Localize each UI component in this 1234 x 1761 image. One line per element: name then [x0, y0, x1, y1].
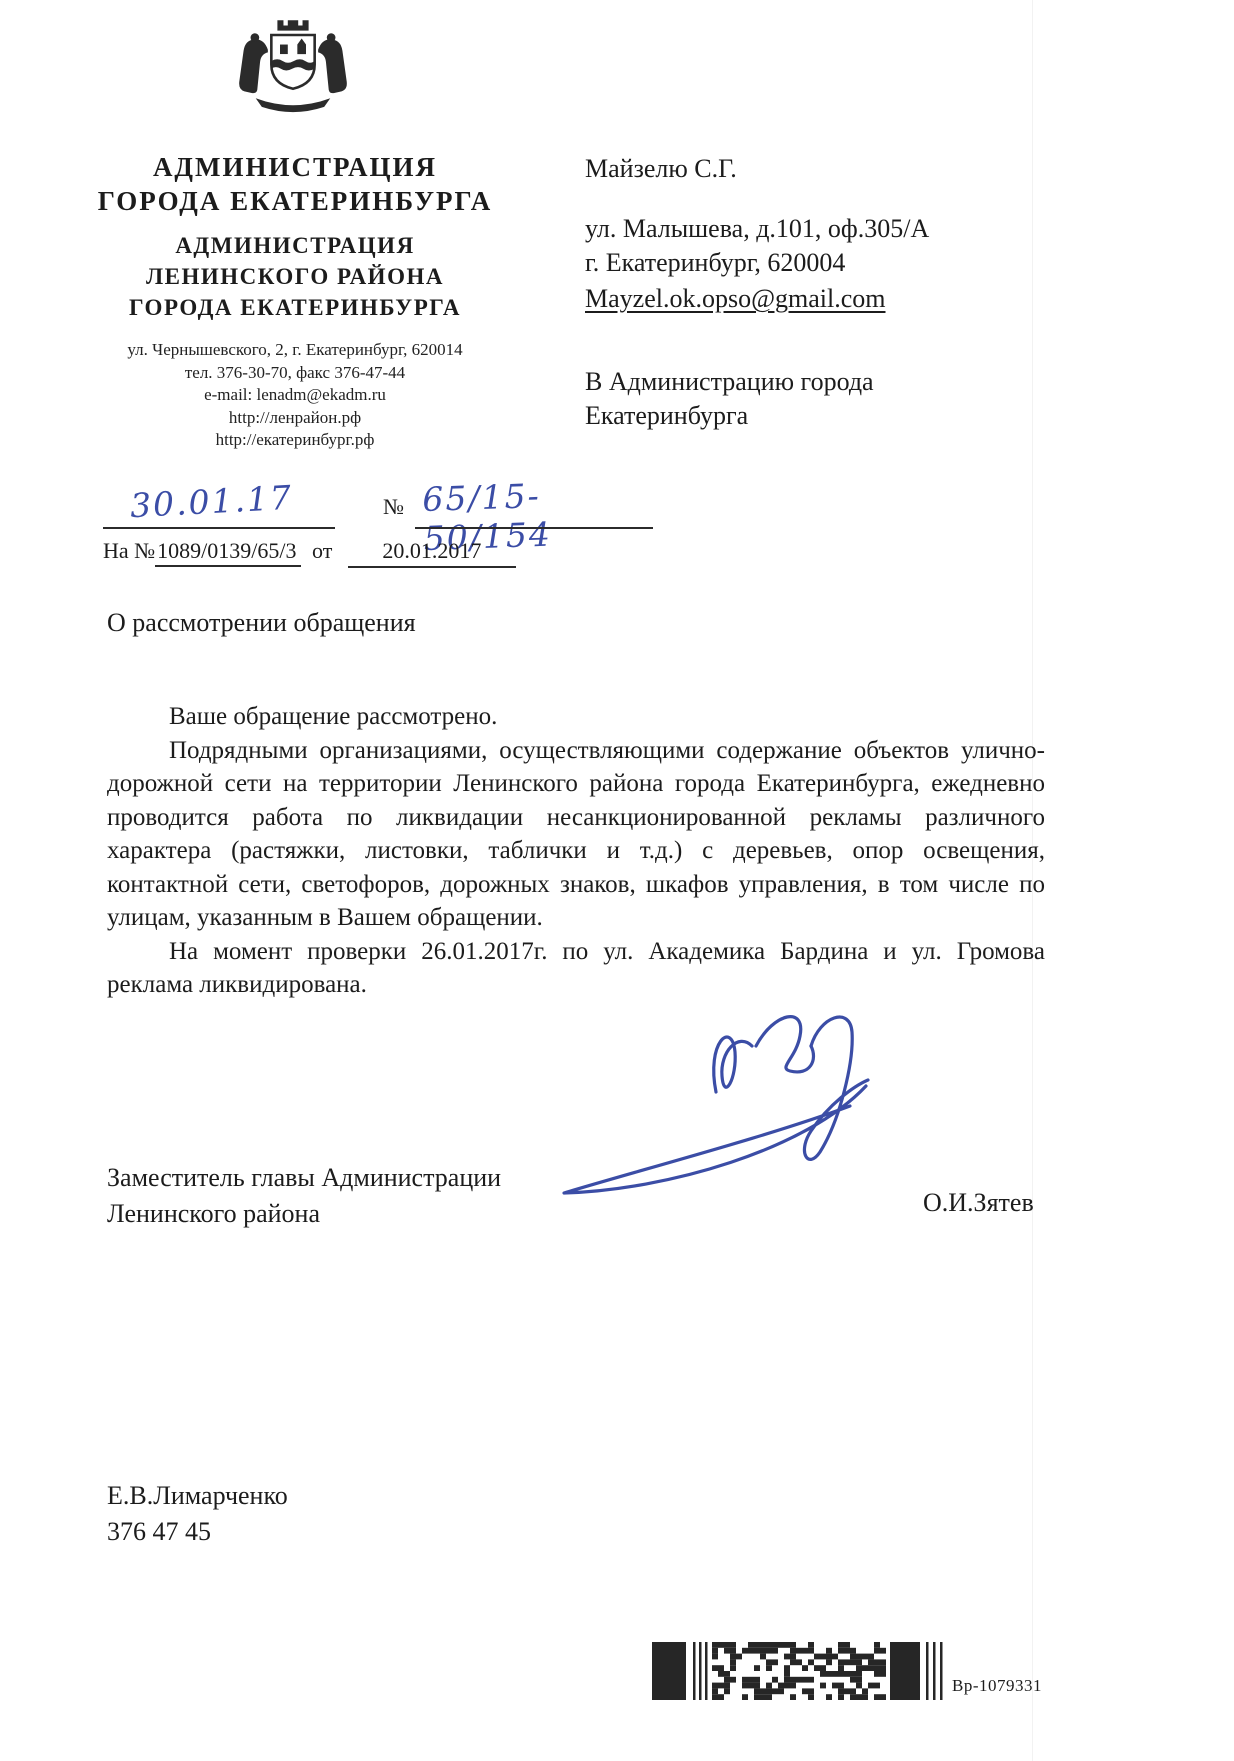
- number-sign: №: [383, 494, 404, 520]
- org-district-line1: АДМИНИСТРАЦИЯ: [95, 230, 495, 261]
- body-paragraph-1: Ваше обращение рассмотрено.: [107, 700, 1045, 734]
- letterhead-address: ул. Чернышевского, 2, г. Екатеринбург, 6…: [95, 339, 495, 362]
- body-paragraph-3: На момент проверки 26.01.2017г. по ул. А…: [107, 935, 1045, 1002]
- executor-name: Е.В.Лимарченко: [107, 1478, 288, 1514]
- org-district-line3: ГОРОДА ЕКАТЕРИНБУРГА: [95, 292, 495, 323]
- recipient-copy-line1: В Администрацию города: [585, 365, 1045, 399]
- reply-number: 1089/0139/65/3: [155, 538, 300, 567]
- recipient-copy-org: В Администрацию города Екатеринбурга: [585, 365, 1045, 433]
- signer-title-line2: Ленинского района: [107, 1196, 627, 1232]
- date-underline: [103, 527, 335, 529]
- letterhead-site-district: http://ленрайон.рф: [95, 407, 495, 430]
- recipient-address-line2: г. Екатеринбург, 620004: [585, 246, 1045, 280]
- letterhead: АДМИНИСТРАЦИЯ ГОРОДА ЕКАТЕРИНБУРГА АДМИН…: [95, 150, 495, 452]
- reply-date: 20.01.2017: [348, 538, 516, 568]
- letterhead-contacts: ул. Чернышевского, 2, г. Екатеринбург, 6…: [95, 339, 495, 452]
- org-district-line2: ЛЕНИНСКОГО РАЙОНА: [95, 261, 495, 292]
- reply-ot: от: [312, 538, 332, 563]
- signer-title: Заместитель главы Администрации Ленинско…: [107, 1160, 627, 1232]
- signer-name: О.И.Зятев: [923, 1188, 1034, 1218]
- signer-title-line1: Заместитель главы Администрации: [107, 1160, 627, 1196]
- recipient-copy-line2: Екатеринбурга: [585, 399, 1045, 433]
- number-underline: [415, 527, 653, 529]
- recipient-name: Майзелю С.Г.: [585, 152, 1045, 186]
- letter-body: Ваше обращение рассмотрено. Подрядными о…: [107, 700, 1045, 1002]
- reply-reference: На №1089/0139/65/3 от 20.01.2017: [103, 538, 516, 568]
- letterhead-site-city: http://екатеринбург.рф: [95, 429, 495, 452]
- org-city-line1: АДМИНИСТРАЦИЯ: [95, 150, 495, 184]
- barcode-label: Вр-1079331: [952, 1676, 1042, 1696]
- outgoing-date-handwritten: 30.01.17: [129, 478, 294, 525]
- org-city-name: АДМИНИСТРАЦИЯ ГОРОДА ЕКАТЕРИНБУРГА: [95, 150, 495, 218]
- org-city-line2: ГОРОДА ЕКАТЕРИНБУРГА: [95, 184, 495, 218]
- reference-block: 30.01.17 № 65/15-50/154 На №1089/0139/65…: [95, 480, 655, 590]
- barcode: [652, 1642, 944, 1700]
- body-paragraph-2: Подрядными организациями, осуществляющим…: [107, 734, 1045, 935]
- coat-of-arms-icon: [228, 8, 358, 140]
- org-district-name: АДМИНИСТРАЦИЯ ЛЕНИНСКОГО РАЙОНА ГОРОДА Е…: [95, 230, 495, 323]
- recipient-address: ул. Малышева, д.101, оф.305/А г. Екатери…: [585, 212, 1045, 280]
- recipient-address-line1: ул. Малышева, д.101, оф.305/А: [585, 212, 1045, 246]
- executor-block: Е.В.Лимарченко 376 47 45: [107, 1478, 288, 1550]
- reply-prefix: На №: [103, 538, 155, 563]
- recipient-email: Mayzel.ok.opso@gmail.com: [585, 282, 1045, 316]
- letterhead-phone: тел. 376-30-70, факс 376-47-44: [95, 362, 495, 385]
- letterhead-email: e-mail: lenadm@ekadm.ru: [95, 384, 495, 407]
- scanned-letter-page: АДМИНИСТРАЦИЯ ГОРОДА ЕКАТЕРИНБУРГА АДМИН…: [0, 0, 1234, 1761]
- executor-phone: 376 47 45: [107, 1514, 288, 1550]
- subject-line: О рассмотрении обращения: [107, 608, 416, 638]
